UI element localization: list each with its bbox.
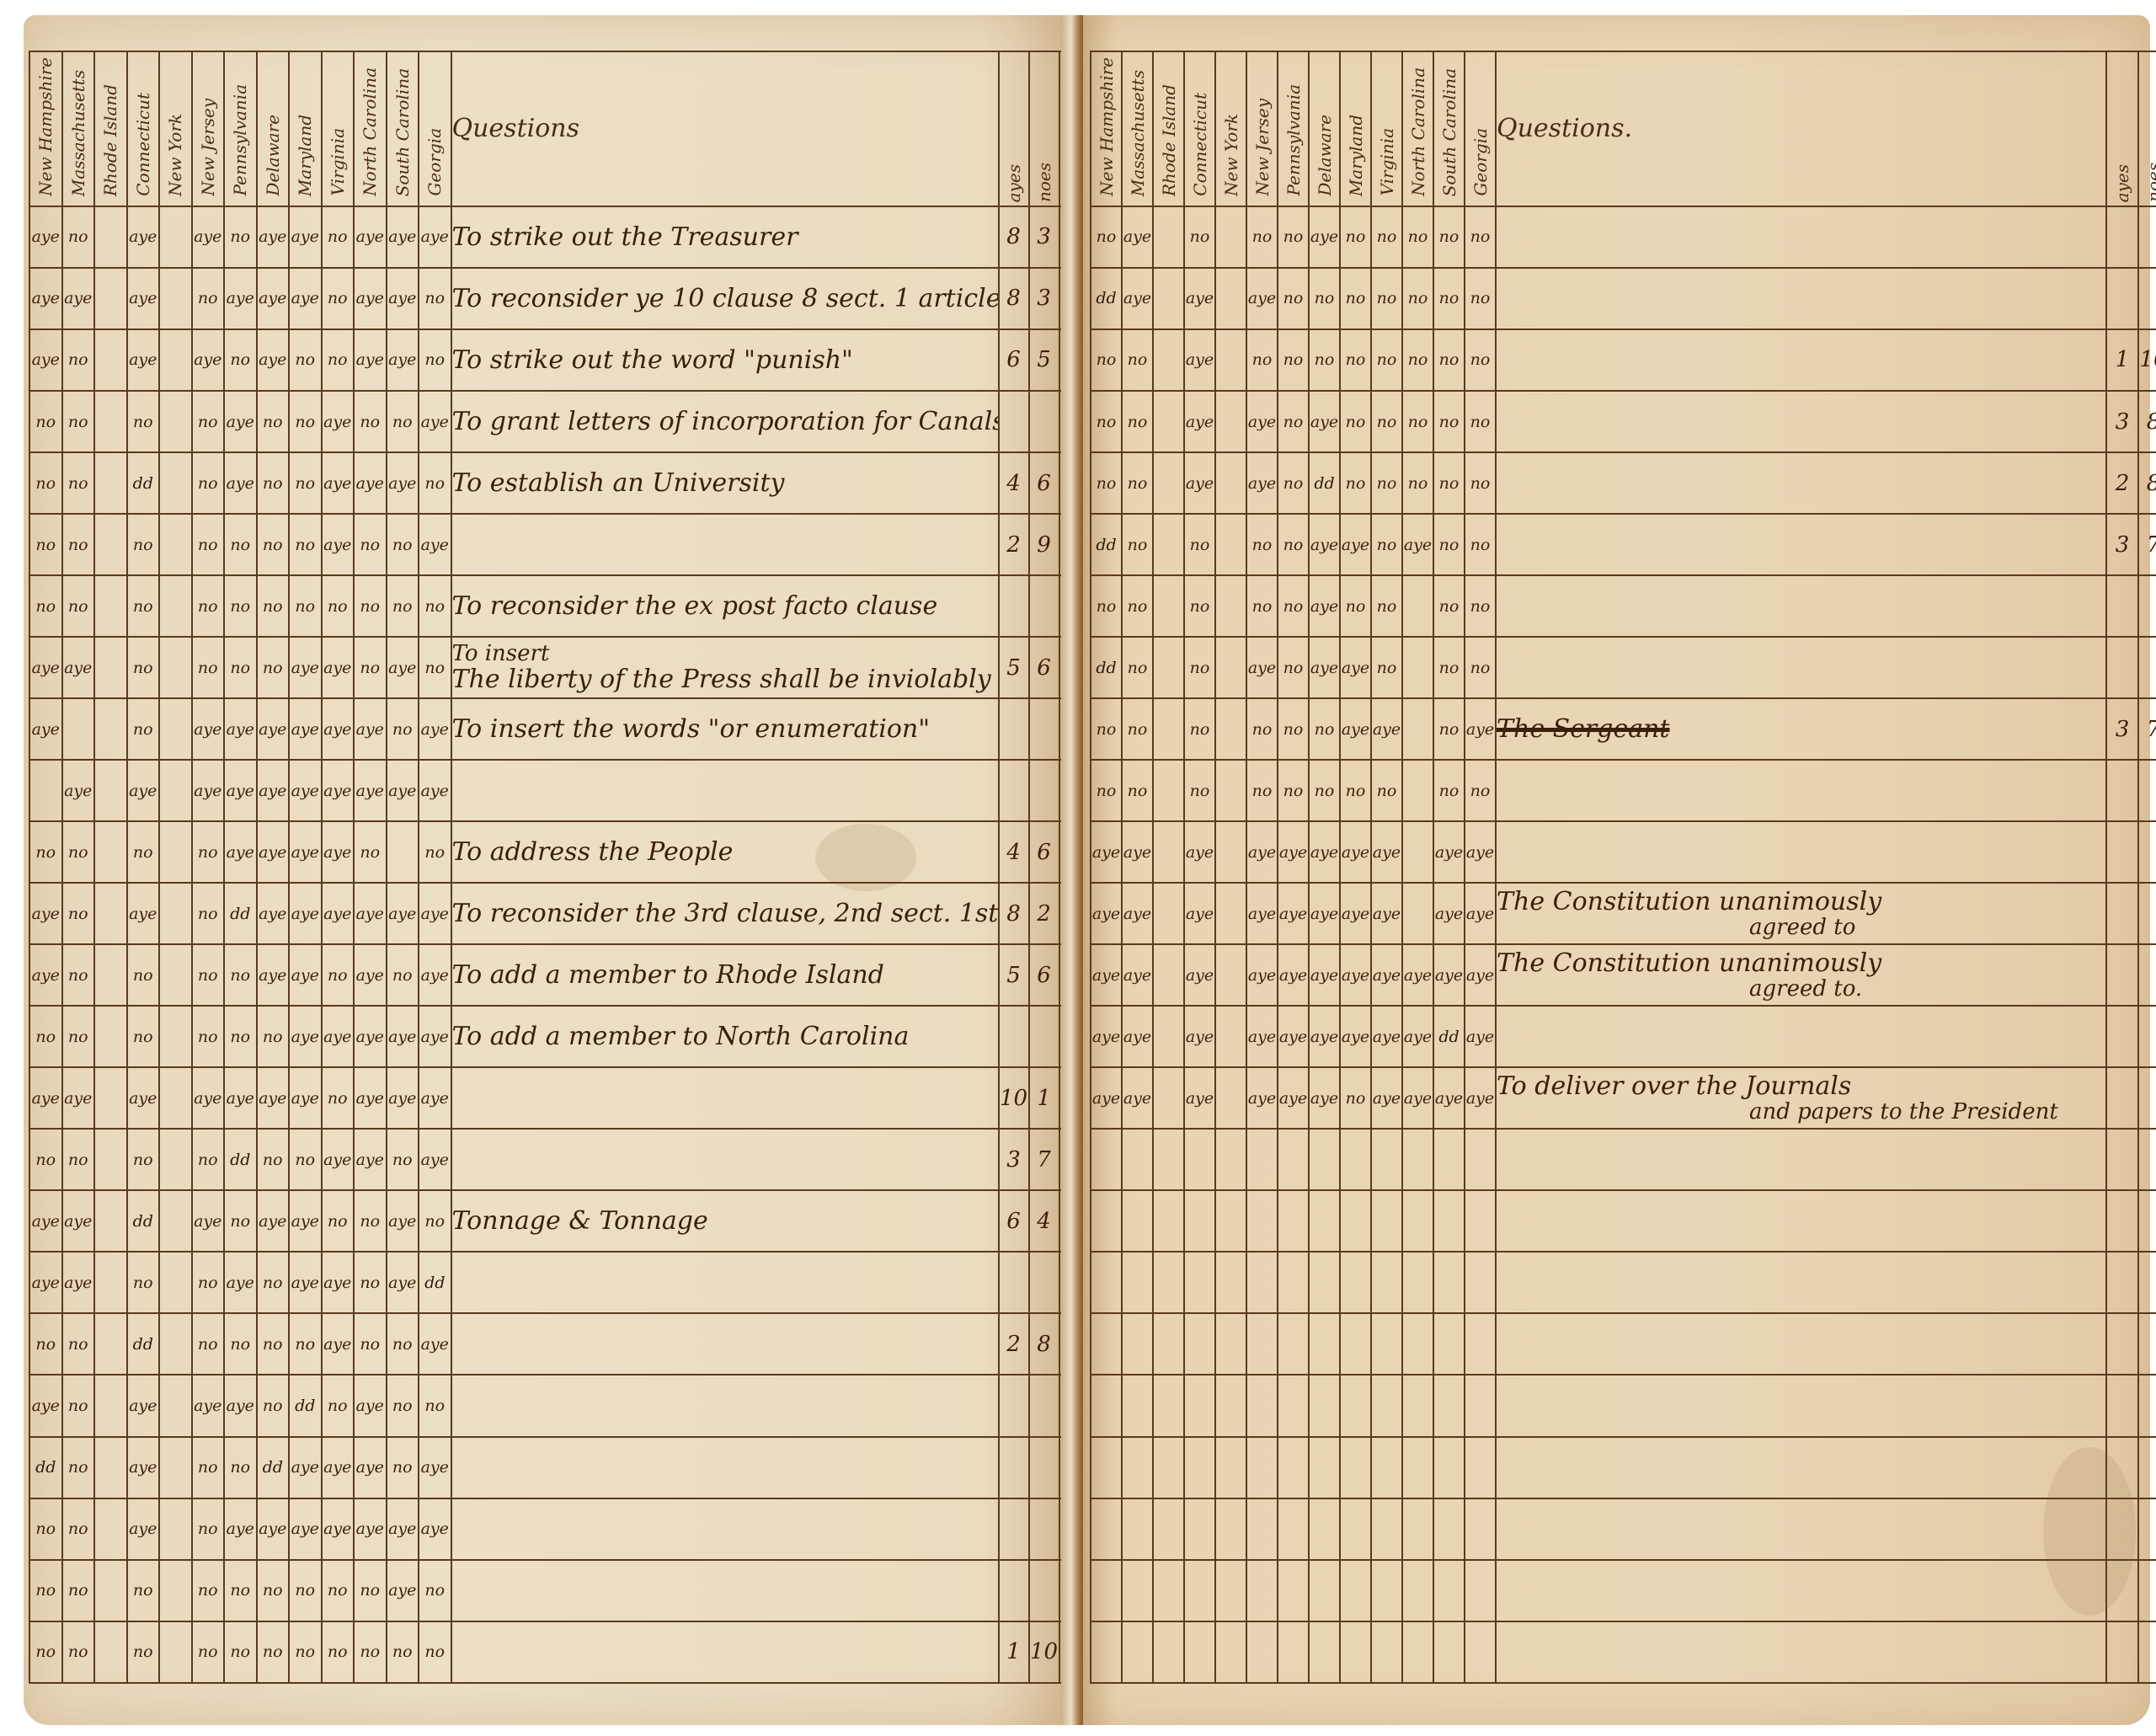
ayes-count [2106, 1006, 2138, 1067]
state-vote-cell: no [62, 329, 95, 391]
state-vote-cell: no [257, 1313, 290, 1375]
noes-count: 10 [2138, 329, 2156, 391]
state-vote-cell: aye [224, 452, 257, 514]
noes-count: 9 [1029, 514, 1059, 575]
state-vote-cell [1153, 1375, 1184, 1436]
state-vote-cell: no [1278, 760, 1309, 821]
state-vote-cell [1184, 1375, 1215, 1436]
state-vote-cell: aye [257, 944, 290, 1006]
state-vote-cell: aye [354, 1498, 387, 1560]
state-vote-cell: no [1246, 329, 1278, 391]
noes-header-label: noes [2143, 163, 2156, 202]
state-vote-cell [1184, 1621, 1215, 1683]
question-cell [451, 1621, 999, 1683]
state-vote-cell [1153, 1190, 1184, 1252]
state-vote-cell: no [1465, 575, 1496, 637]
state-vote-cell [94, 206, 127, 268]
state-vote-cell [1402, 698, 1433, 760]
state-vote-cell: aye [322, 1437, 355, 1498]
state-vote-cell [1215, 1560, 1246, 1621]
left-page: New HampshireMassachusettsRhode IslandCo… [24, 15, 1064, 1725]
state-vote-cell: no [224, 1437, 257, 1498]
state-vote-cell [159, 760, 192, 821]
state-vote-cell: aye [127, 1498, 160, 1560]
state-vote-cell [1215, 1006, 1246, 1067]
state-vote-cell: aye [1433, 821, 1465, 883]
state-vote-cell: no [1278, 206, 1309, 268]
state-vote-cell: no [1371, 514, 1402, 575]
state-vote-cell [1433, 1129, 1465, 1190]
state-vote-cell [1215, 1313, 1246, 1375]
state-vote-cell [1184, 1252, 1215, 1313]
state-vote-cell: aye [322, 1313, 355, 1375]
ayes-count [2106, 883, 2138, 944]
state-vote-cell: aye [419, 206, 451, 268]
state-vote-cell [1215, 391, 1246, 452]
state-vote-cell: aye [419, 698, 451, 760]
ayes-count: 8 [999, 268, 1029, 329]
state-vote-cell: aye [29, 329, 62, 391]
ayes-count [999, 575, 1029, 637]
state-vote-cell: aye [29, 1067, 62, 1129]
state-vote-cell: no [127, 821, 160, 883]
state-vote-cell [1433, 1190, 1465, 1252]
state-vote-cell [1433, 1313, 1465, 1375]
state-vote-cell: aye [1340, 1006, 1371, 1067]
state-vote-cell: aye [354, 1437, 387, 1498]
question-text: To reconsider ye 10 clause 8 sect. 1 art… [452, 284, 999, 313]
state-vote-cell: no [1091, 206, 1122, 268]
ayes-count [2106, 575, 2138, 637]
ayes-count [2106, 1621, 2138, 1683]
state-vote-cell: aye [1246, 452, 1278, 514]
state-vote-cell: no [1402, 329, 1433, 391]
state-vote-cell [1465, 1129, 1496, 1190]
state-column-header: Rhode Island [1153, 51, 1184, 206]
question-text: The liberty of the Press shall be inviol… [452, 665, 999, 694]
question-cell [1496, 1560, 2106, 1621]
state-vote-cell [159, 206, 192, 268]
state-vote-cell: no [127, 1129, 160, 1190]
state-vote-cell [1309, 1437, 1340, 1498]
state-vote-cell: aye [1122, 944, 1153, 1006]
state-vote-cell [159, 821, 192, 883]
state-vote-cell: no [1465, 452, 1496, 514]
state-vote-cell: aye [1433, 944, 1465, 1006]
state-vote-cell [1122, 1252, 1153, 1313]
state-vote-cell: aye [1433, 1067, 1465, 1129]
state-vote-cell: no [387, 1437, 419, 1498]
state-vote-cell: no [322, 1621, 355, 1683]
state-vote-cell [1309, 1560, 1340, 1621]
state-vote-cell: aye [354, 1129, 387, 1190]
state-vote-cell [1402, 1375, 1433, 1436]
state-vote-cell [1215, 698, 1246, 760]
state-vote-cell: aye [387, 1190, 419, 1252]
state-vote-cell: no [192, 1560, 225, 1621]
state-vote-cell: aye [1465, 698, 1496, 760]
state-vote-cell: no [1465, 206, 1496, 268]
noes-count: 6 [1029, 821, 1059, 883]
state-vote-cell: aye [257, 821, 290, 883]
state-vote-cell [159, 391, 192, 452]
state-vote-cell: no [419, 1375, 451, 1436]
state-vote-cell: aye [62, 1067, 95, 1129]
state-vote-cell: no [1371, 268, 1402, 329]
state-vote-cell: no [322, 268, 355, 329]
state-vote-cell: aye [257, 698, 290, 760]
question-cell: To deliver over the Journalsand papers t… [1496, 1067, 2106, 1129]
state-vote-cell: no [1371, 329, 1402, 391]
state-vote-cell: no [1433, 637, 1465, 698]
state-vote-cell [94, 1375, 127, 1436]
state-vote-cell [1278, 1252, 1309, 1313]
state-vote-cell [1153, 1498, 1184, 1560]
state-vote-cell: aye [1340, 883, 1371, 944]
state-vote-cell: aye [419, 883, 451, 944]
state-vote-cell [1465, 1498, 1496, 1560]
vote-row: ayeayeayeayeayeayeayeayeayeaye [1091, 821, 2156, 883]
state-vote-cell: aye [127, 1437, 160, 1498]
state-vote-cell: no [289, 514, 322, 575]
state-vote-cell: no [192, 1437, 225, 1498]
noes-count: 4 [1029, 1190, 1059, 1252]
state-vote-cell: no [1340, 760, 1371, 821]
state-vote-cell: aye [289, 698, 322, 760]
state-vote-cell [94, 268, 127, 329]
state-vote-cell [1278, 1129, 1309, 1190]
noes-count: 5 [1029, 329, 1059, 391]
state-vote-cell: aye [1091, 1006, 1122, 1067]
state-column-header: South Carolina [387, 51, 419, 206]
noes-count [2138, 1006, 2156, 1067]
state-vote-cell: no [1340, 452, 1371, 514]
state-vote-cell: aye [1184, 391, 1215, 452]
state-vote-cell: aye [1278, 821, 1309, 883]
state-column-header: Virginia [322, 51, 355, 206]
state-column-header: Massachusetts [62, 51, 95, 206]
state-vote-cell: aye [387, 760, 419, 821]
state-vote-cell [94, 944, 127, 1006]
state-vote-cell: aye [1246, 821, 1278, 883]
question-text: To address the People [452, 837, 734, 867]
state-vote-cell [94, 698, 127, 760]
state-name: Virginia [328, 123, 348, 200]
state-vote-cell [1402, 1498, 1433, 1560]
state-vote-cell: aye [1309, 883, 1340, 944]
state-vote-cell: no [192, 1498, 225, 1560]
state-vote-cell: no [29, 575, 62, 637]
state-vote-cell: aye [419, 391, 451, 452]
state-vote-cell: aye [29, 1375, 62, 1436]
noes-header: noes [1029, 51, 1059, 206]
vote-row [1091, 1437, 2156, 1498]
state-vote-cell [1465, 1560, 1496, 1621]
state-name: Pennsylvania [1283, 79, 1304, 201]
state-vote-cell: no [1184, 514, 1215, 575]
question-cell: To reconsider ye 10 clause 8 sect. 1 art… [451, 268, 999, 329]
state-vote-cell: aye [1184, 883, 1215, 944]
state-vote-cell: aye [1371, 1006, 1402, 1067]
state-vote-cell: aye [1371, 944, 1402, 1006]
state-vote-cell [1153, 637, 1184, 698]
state-column-header: New Hampshire [29, 51, 62, 206]
state-column-header: Rhode Island [94, 51, 127, 206]
state-vote-cell [1215, 1437, 1246, 1498]
noes-count [1029, 1252, 1059, 1313]
vote-row [1091, 1621, 2156, 1683]
state-column-header: Maryland [1340, 51, 1371, 206]
question-cell [1496, 1437, 2106, 1498]
state-vote-cell: aye [1309, 637, 1340, 698]
state-vote-cell [1091, 1498, 1122, 1560]
question-text: To insert the words "or enumeration" [452, 714, 931, 744]
state-vote-cell: aye [419, 1006, 451, 1067]
state-vote-cell: no [29, 1006, 62, 1067]
state-vote-cell: no [1184, 206, 1215, 268]
state-vote-cell: aye [1433, 883, 1465, 944]
state-vote-cell: aye [322, 760, 355, 821]
state-vote-cell: no [224, 514, 257, 575]
state-vote-cell [159, 329, 192, 391]
state-vote-cell [1153, 1252, 1184, 1313]
state-vote-cell: no [192, 268, 225, 329]
state-vote-cell: dd [224, 1129, 257, 1190]
vote-row: nonononoayeayeayeayenonoTo address the P… [29, 821, 1075, 883]
state-name: New York [165, 109, 185, 201]
question-cell: The Sergeant [1496, 698, 2106, 760]
state-vote-cell [1402, 1252, 1433, 1313]
state-column-header: New Jersey [192, 51, 225, 206]
state-vote-cell: no [62, 1560, 95, 1621]
state-column-header: North Carolina [1402, 51, 1433, 206]
state-vote-cell: no [1184, 575, 1215, 637]
state-vote-cell [1278, 1621, 1309, 1683]
state-vote-cell [1371, 1129, 1402, 1190]
state-vote-cell [159, 1006, 192, 1067]
state-vote-cell: aye [192, 206, 225, 268]
state-vote-cell [1371, 1621, 1402, 1683]
state-vote-cell: aye [1184, 821, 1215, 883]
state-vote-cell [1122, 1621, 1153, 1683]
state-vote-cell: no [354, 575, 387, 637]
state-vote-cell: no [1122, 760, 1153, 821]
state-vote-cell: no [1246, 760, 1278, 821]
state-vote-cell: no [322, 1375, 355, 1436]
vote-row: nononononononononononoTo reconsider the … [29, 575, 1075, 637]
state-vote-cell: aye [1340, 944, 1371, 1006]
state-vote-cell [159, 1190, 192, 1252]
state-column-header: Pennsylvania [224, 51, 257, 206]
state-name: Georgia [1470, 123, 1491, 201]
state-vote-cell: aye [62, 760, 95, 821]
noes-count [2138, 1313, 2156, 1375]
state-vote-cell: no [289, 452, 322, 514]
question-cell [1496, 391, 2106, 452]
state-vote-cell: aye [419, 944, 451, 1006]
noes-count [1029, 698, 1059, 760]
state-vote-cell [1122, 1498, 1153, 1560]
state-vote-cell: aye [1278, 944, 1309, 1006]
state-vote-cell [1309, 1313, 1340, 1375]
state-name: South Carolina [392, 63, 413, 201]
state-vote-cell [1153, 206, 1184, 268]
state-vote-cell [159, 1498, 192, 1560]
state-vote-cell: no [387, 1129, 419, 1190]
state-vote-cell: aye [224, 1067, 257, 1129]
noes-count [2138, 1190, 2156, 1252]
state-vote-cell: no [62, 206, 95, 268]
state-vote-cell [1340, 1498, 1371, 1560]
state-vote-cell: aye [127, 268, 160, 329]
ayes-count [999, 1437, 1029, 1498]
state-vote-cell [1402, 1190, 1433, 1252]
state-vote-cell: no [322, 1067, 355, 1129]
state-name: Delaware [1315, 110, 1335, 201]
state-vote-cell: no [322, 1560, 355, 1621]
state-vote-cell: no [192, 452, 225, 514]
state-vote-cell: no [62, 514, 95, 575]
state-vote-cell: dd [29, 1437, 62, 1498]
question-cell [1496, 452, 2106, 514]
state-vote-cell: aye [1278, 1067, 1309, 1129]
noes-count [2138, 1129, 2156, 1190]
vote-row: nonoddnoayenonoayeayeayenoTo establish a… [29, 452, 1075, 514]
question-cell [451, 760, 999, 821]
state-vote-cell: no [387, 1621, 419, 1683]
question-cell [1496, 575, 2106, 637]
state-vote-cell: aye [29, 206, 62, 268]
state-vote-cell: aye [1309, 514, 1340, 575]
question-cell [1496, 1129, 2106, 1190]
state-vote-cell: aye [29, 883, 62, 944]
state-vote-cell [94, 452, 127, 514]
state-vote-cell: aye [1309, 575, 1340, 637]
state-vote-cell [1184, 1129, 1215, 1190]
state-vote-cell [159, 1129, 192, 1190]
state-vote-cell: no [1184, 637, 1215, 698]
question-cell [451, 1313, 999, 1375]
state-vote-cell: no [1278, 575, 1309, 637]
state-vote-cell [1402, 575, 1433, 637]
vote-row: ddnonoayenoayeayenonono [1091, 637, 2156, 698]
state-vote-cell [1122, 1129, 1153, 1190]
state-vote-cell [1402, 760, 1433, 821]
state-vote-cell: aye [1278, 883, 1309, 944]
state-vote-cell: no [62, 1375, 95, 1436]
question-continuation: agreed to [1497, 916, 2105, 940]
state-vote-cell [1215, 1067, 1246, 1129]
state-vote-cell: aye [62, 1252, 95, 1313]
state-vote-cell [1278, 1498, 1309, 1560]
state-vote-cell [1091, 1129, 1122, 1190]
vote-row: nononononoayenononono [1091, 575, 2156, 637]
state-vote-cell: aye [127, 206, 160, 268]
state-vote-cell: no [1433, 391, 1465, 452]
state-vote-cell: no [127, 698, 160, 760]
state-column-header: Pennsylvania [1278, 51, 1309, 206]
state-vote-cell: no [1433, 206, 1465, 268]
noes-count [2138, 206, 2156, 268]
state-vote-cell: no [62, 1621, 95, 1683]
state-name: New Hampshire [35, 52, 56, 201]
state-vote-cell: no [257, 1621, 290, 1683]
state-vote-cell [94, 760, 127, 821]
state-vote-cell: aye [257, 1498, 290, 1560]
state-vote-cell: no [289, 1313, 322, 1375]
state-vote-cell [159, 637, 192, 698]
state-vote-cell: no [1371, 391, 1402, 452]
state-vote-cell: no [1122, 637, 1153, 698]
state-vote-cell: no [1309, 760, 1340, 821]
state-vote-cell [1309, 1252, 1340, 1313]
state-vote-cell [1465, 1375, 1496, 1436]
state-vote-cell [1215, 1190, 1246, 1252]
state-vote-cell [1122, 1313, 1153, 1375]
state-vote-cell: aye [1246, 1067, 1278, 1129]
state-vote-cell: aye [354, 883, 387, 944]
state-vote-cell: no [354, 637, 387, 698]
state-name: Connecticut [133, 88, 153, 201]
state-vote-cell: aye [1246, 391, 1278, 452]
state-vote-cell: no [1340, 1067, 1371, 1129]
question-cell [1496, 821, 2106, 883]
state-vote-cell [1153, 268, 1184, 329]
state-vote-cell [1153, 1313, 1184, 1375]
noes-count [2138, 1498, 2156, 1560]
state-vote-cell: aye [1122, 1067, 1153, 1129]
state-vote-cell: no [354, 821, 387, 883]
state-vote-cell: aye [322, 1498, 355, 1560]
ayes-count: 5 [999, 944, 1029, 1006]
state-vote-cell: aye [1184, 1006, 1215, 1067]
state-vote-cell: no [289, 1560, 322, 1621]
state-vote-cell [1091, 1190, 1122, 1252]
open-ledger-book: New HampshireMassachusettsRhode IslandCo… [24, 15, 2150, 1725]
state-vote-cell: no [1091, 329, 1122, 391]
state-vote-cell: aye [419, 1498, 451, 1560]
state-vote-cell [1153, 1437, 1184, 1498]
vote-row: nonononononoayeayeayeayeayeTo add a memb… [29, 1006, 1075, 1067]
state-vote-cell: no [127, 514, 160, 575]
state-name: Delaware [263, 110, 283, 201]
ayes-count: 3 [999, 1129, 1029, 1190]
state-vote-cell [94, 1252, 127, 1313]
state-vote-cell: aye [224, 698, 257, 760]
state-vote-cell: aye [1309, 944, 1340, 1006]
state-vote-cell: aye [1246, 268, 1278, 329]
question-cell [1496, 514, 2106, 575]
ayes-count: 1 [2106, 329, 2138, 391]
noes-count [2138, 760, 2156, 821]
state-vote-cell [159, 1621, 192, 1683]
question-cell [451, 1067, 999, 1129]
ayes-count: 6 [999, 1190, 1029, 1252]
vote-row: nonoayenoayeayeayeayeayeayeaye [29, 1498, 1075, 1560]
state-vote-cell: aye [322, 821, 355, 883]
state-vote-cell [94, 329, 127, 391]
state-vote-cell: aye [257, 206, 290, 268]
state-name: Pennsylvania [230, 79, 250, 201]
state-vote-cell [1340, 1252, 1371, 1313]
state-vote-cell: no [224, 1560, 257, 1621]
state-vote-cell: no [1402, 268, 1433, 329]
ayes-count: 4 [999, 821, 1029, 883]
vote-row: ayeayeayeayeayeayeayeayeayeddaye [1091, 1006, 2156, 1067]
state-vote-cell: aye [322, 391, 355, 452]
state-vote-cell: no [224, 1006, 257, 1067]
vote-row: nonononoayenonoayenonoayeTo grant letter… [29, 391, 1075, 452]
